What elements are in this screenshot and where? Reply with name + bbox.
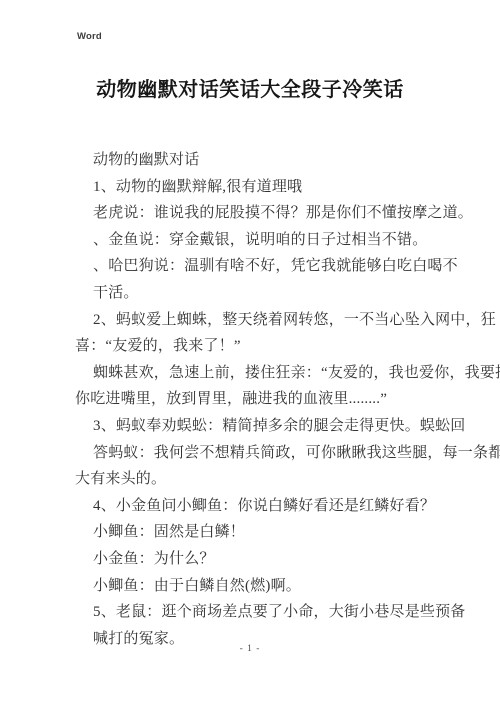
document-page: Word 动物幽默对话笑话大全段子冷笑话 动物的幽默对话1、动物的幽默辩解,很有… [0,0,500,707]
text-line: 、金鱼说：穿金戴银，说明咱的日子过相当不错。 [75,227,475,254]
text-line: 动物的幽默对话 [75,147,475,174]
text-line: 5、老鼠：逛个商场差点要了小命，大街小巷尽是些预备 [75,599,475,626]
text-line: 你吃进嘴里，放到胃里，融进我的血液里........” [75,386,475,413]
text-line: 老虎说：谁说我的屁股摸不得？那是你们不懂按摩之道。 [75,200,475,227]
document-title: 动物幽默对话笑话大全段子冷笑话 [0,73,500,102]
text-line: 干活。 [75,280,475,307]
text-line: 4、小金鱼问小鲫鱼：你说白鳞好看还是红鳞好看？ [75,493,475,520]
text-line: 小鲫鱼：由于白鳞自然(燃)啊。 [75,573,475,600]
text-line: 小鲫鱼：固然是白鳞！ [75,519,475,546]
text-line: 大有来头的。 [75,466,475,493]
text-line: 蜘蛛甚欢，急速上前，搂住狂亲：“友爱的，我也爱你，我要把 [75,360,475,387]
text-line: 1、动物的幽默辩解,很有道理哦 [75,174,475,201]
text-line: 小金鱼：为什么？ [75,546,475,573]
text-line: 喜：“友爱的，我来了！” [75,333,475,360]
text-line: 3、蚂蚁奉劝蜈蚣：精简掉多余的腿会走得更快。蜈蚣回 [75,413,475,440]
text-line: 、哈巴狗说：温驯有啥不好，凭它我就能够白吃白喝不 [75,253,475,280]
document-body: 动物的幽默对话1、动物的幽默辩解,很有道理哦老虎说：谁说我的屁股摸不得？那是你们… [75,147,475,652]
page-number: - 1 - [0,644,500,654]
text-line: 答蚂蚁：我何尝不想精兵简政，可你瞅瞅我这些腿，每一条都是 [75,440,475,467]
app-label: Word [77,31,102,42]
text-line: 2、蚂蚁爱上蜘蛛，整天绕着网转悠，一不当心坠入网中，狂 [75,307,475,334]
